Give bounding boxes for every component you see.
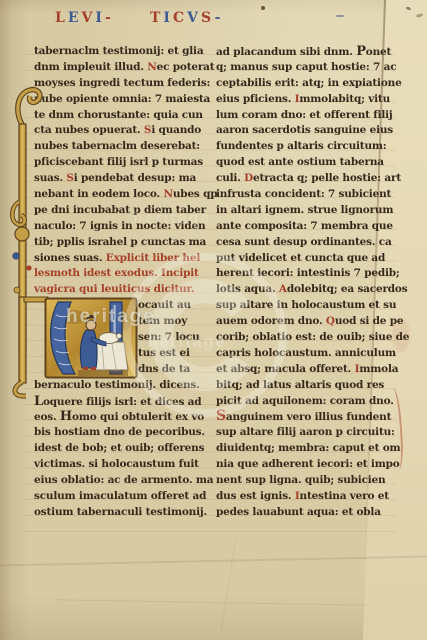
body-text: ocauit au	[138, 299, 191, 311]
text-line: nubes tabernaclm deserebat:	[34, 139, 208, 155]
text-line: pedes lauabunt aqua: et obla	[216, 505, 394, 521]
text-line: Sanguinem vero illius fundent	[216, 409, 394, 425]
body-text: i pendebat desup: ma	[74, 172, 196, 184]
body-text: put videlicet et cuncta que ad	[216, 252, 385, 264]
header-letter: -	[215, 10, 224, 26]
body-text: bitq; ad latus altaris quod res	[216, 379, 384, 391]
body-text: lum coram dno: et offerent filij	[216, 109, 393, 121]
body-text: omo qui obtulerit ex vo	[72, 411, 204, 423]
text-line: diuidentq; membra: caput et om	[216, 441, 394, 457]
body-text: moyses ingredi tectum federis:	[34, 77, 210, 89]
text-line: bernaculo testimonij. dicens.	[34, 378, 208, 394]
text-line: ante composita: 7 membra que	[216, 219, 394, 235]
body-text: ec poterat	[157, 61, 215, 73]
text-line: put videlicet et cuncta que ad	[216, 251, 394, 267]
text-line: infrusta concident: 7 subicient	[216, 187, 394, 203]
body-text: picit ad aquilonem: coram dno.	[216, 395, 394, 407]
text-line: herent iecori: intestinis 7 pedib;	[216, 266, 394, 282]
text-line: capris holocaustum. anniculum	[216, 346, 394, 362]
header-letter: V	[82, 10, 96, 26]
body-text: tem moy	[138, 315, 187, 327]
body-text: eius oblatio: ac de armento. ma	[34, 474, 213, 486]
text-line: vagicra qui leuiticus dicitur.	[34, 282, 208, 298]
body-text: ntestina vero et	[300, 490, 389, 502]
body-text: dns de ta	[138, 363, 190, 375]
body-text: diuidentq; membra: caput et om	[216, 442, 400, 454]
body-text: pe dni incubabat p diem taber	[34, 204, 206, 216]
text-line: picit ad aquilonem: coram dno.	[216, 394, 394, 410]
body-text: cesa sunt desup ordinantes. ca	[216, 236, 392, 248]
text-line: lotis aqua. Adolebitq; ea sacerdos	[216, 282, 394, 298]
pen-dash-mark	[336, 15, 344, 17]
rubricated-text: S	[66, 172, 73, 184]
parchment-crease	[56, 599, 366, 605]
body-text: H	[60, 409, 72, 424]
body-text: nubes tabernaclm deserebat:	[34, 140, 200, 152]
text-line: bitq; ad latus altaris quod res	[216, 378, 394, 394]
body-text: te dnm chorustante: quia cun	[34, 109, 203, 121]
body-text: fundentes p altaris circuitum:	[216, 140, 386, 152]
body-text: ostium tabernaculi testimonij.	[34, 506, 207, 518]
body-text: infrusta concident: 7 subicient	[216, 188, 391, 200]
text-line: nent sup ligna. quib; subicien	[216, 473, 394, 489]
text-line: cesa sunt desup ordinantes. ca	[216, 235, 394, 251]
text-line: fundentes p altaris circuitum:	[216, 139, 394, 155]
body-text: aaron sacerdotis sanguine eius	[216, 124, 393, 136]
rubricated-text: A	[279, 283, 287, 295]
header-letter: I	[95, 10, 105, 26]
body-text: onet	[366, 46, 391, 58]
body-text: dnm impleuit illud.	[34, 61, 147, 73]
body-text: naculo: 7 ignis in nocte: viden	[34, 220, 205, 232]
text-line: bis hostiam dno de pecoribus.	[34, 425, 208, 441]
text-line: te dnm chorustante: quia cun	[34, 108, 208, 124]
body-text: herent iecori: intestinis 7 pedib;	[216, 267, 400, 279]
text-line: quod est ante ostium taberna	[216, 155, 394, 171]
text-line: suas. Si pendebat desup: ma	[34, 171, 208, 187]
body-text: auem odorem dno.	[216, 315, 326, 327]
running-header-levi: LEVI-	[55, 10, 114, 26]
text-line: dus est ignis. Intestina vero et	[216, 489, 394, 505]
body-text: etracta q; pelle hostie: art	[253, 172, 401, 184]
header-letter: L	[55, 10, 68, 26]
body-text: anguinem vero illius fundent	[226, 411, 391, 423]
parchment-crease	[0, 556, 427, 567]
body-text: ceptabilis erit: atq; in expiatione	[216, 77, 402, 89]
body-text: mmolabitq; vitu	[299, 93, 390, 105]
body-text: eius pficiens.	[216, 93, 295, 105]
text-line: culi. Detracta q; pelle hostie: art	[216, 171, 394, 187]
text-line: Loquere filijs isrl: et dices ad	[34, 394, 208, 410]
body-text: bis hostiam dno de pecoribus.	[34, 426, 205, 438]
text-line: ostium tabernaculi testimonij.	[34, 505, 208, 521]
rubricated-text: N	[163, 188, 172, 200]
body-text: cta nubes opuerat.	[34, 124, 144, 136]
body-text: ante composita: 7 membra que	[216, 220, 393, 232]
body-text: ad placandum sibi dnm.	[216, 46, 356, 58]
text-line: corib; oblatio est: de ouib; siue de	[216, 330, 394, 346]
text-line: moyses ingredi tectum federis:	[34, 76, 208, 92]
header-letter: V	[187, 10, 201, 26]
text-line: cta nubes opuerat. Si quando	[34, 123, 208, 139]
historiated-initial-V	[44, 297, 138, 379]
body-text: q; manus sup caput hostie: 7 ac	[216, 61, 396, 73]
text-line: sup altare in holocaustum et su	[216, 298, 394, 314]
text-line: nube opiente omnia: 7 maiesta	[34, 92, 208, 108]
body-text: in altari ignem. strue lignorum	[216, 204, 393, 216]
body-text: sculum imaculatum offeret ad	[34, 490, 206, 502]
rubricated-text: S	[216, 408, 226, 424]
body-text: ubes qp	[173, 188, 218, 200]
text-column-right: ad placandum sibi dnm. Ponetq; manus sup…	[216, 44, 394, 521]
ink-speck	[261, 6, 265, 10]
body-text: nube opiente omnia: 7 maiesta	[34, 93, 210, 105]
body-text: nia que adherent iecori: et impo	[216, 458, 400, 470]
body-text: dolebitq; ea sacerdos	[287, 283, 408, 295]
body-text: tabernaclm testimonij: et glia	[34, 45, 203, 57]
body-text: lotis aqua.	[216, 283, 279, 295]
manuscript-photo: { "artifact": { "description_label": "Il…	[0, 0, 427, 640]
header-letter: I	[163, 10, 173, 26]
initial-V-drawing	[44, 297, 138, 379]
body-text: nebant in eodem loco.	[34, 188, 163, 200]
text-line: et absq; macula offeret. Immola	[216, 362, 394, 378]
text-line: eius oblatio: ac de armento. ma	[34, 473, 208, 489]
text-line: lum coram dno: et offerent filij	[216, 108, 394, 124]
text-line: pe dni incubabat p diem taber	[34, 203, 208, 219]
text-line: aaron sacerdotis sanguine eius	[216, 123, 394, 139]
header-letter: C	[173, 10, 187, 26]
text-line: nia que adherent iecori: et impo	[216, 457, 394, 473]
body-text: et absq; macula offeret.	[216, 363, 355, 375]
body-text: tus est ei	[138, 347, 190, 359]
rubricated-text: Q	[326, 315, 335, 327]
text-line: eius pficiens. Immolabitq; vitu	[216, 92, 394, 108]
rubricated-text: vagicra qui leuiticus dicitur.	[34, 283, 194, 295]
text-line: naculo: 7 ignis in nocte: viden	[34, 219, 208, 235]
body-text: oquere filijs isrl: et dices ad	[43, 396, 201, 408]
text-line: pficiscebant filij isrl p turmas	[34, 155, 208, 171]
body-text: sup altare in holocaustum et su	[216, 299, 396, 311]
parchment-crease	[221, 538, 236, 629]
body-text: pedes lauabunt aqua: et obla	[216, 506, 381, 518]
rubricated-text: lesmoth idest exodus. Incipit	[34, 267, 199, 279]
body-text: victimas. si holocaustum fuit	[34, 458, 199, 470]
text-line: eos. Homo qui obtulerit ex vo	[34, 409, 208, 425]
body-text: tib; pplis israhel p cunctas ma	[34, 236, 206, 248]
body-text: i quando	[151, 124, 201, 136]
text-line: ceptabilis erit: atq; in expiatione	[216, 76, 394, 92]
body-text: uod si de pe	[335, 315, 404, 327]
text-line: idest de bob; et ouib; offerens	[34, 441, 208, 457]
text-line: sup altare filij aaron p circuitu:	[216, 425, 394, 441]
body-text: sup altare filij aaron p circuitu:	[216, 426, 395, 438]
text-line: sculum imaculatum offeret ad	[34, 489, 208, 505]
body-text: P	[356, 44, 366, 59]
text-line: dnm impleuit illud. Nec poterat	[34, 60, 208, 76]
body-text: pficiscebant filij isrl p turmas	[34, 156, 203, 168]
body-text: idest de bob; et ouib; offerens	[34, 442, 204, 454]
body-text: culi.	[216, 172, 244, 184]
header-letter: -	[105, 10, 114, 26]
text-line: ad placandum sibi dnm. Ponet	[216, 44, 394, 60]
header-letter: S	[201, 10, 215, 26]
text-line: tib; pplis israhel p cunctas ma	[34, 235, 208, 251]
body-text: nent sup ligna. quib; subicien	[216, 474, 385, 486]
text-line: q; manus sup caput hostie: 7 ac	[216, 60, 394, 76]
rubricated-text: D	[244, 172, 253, 184]
body-text: eos.	[34, 411, 60, 423]
rubricated-text: N	[147, 61, 156, 73]
text-line: in altari ignem. strue lignorum	[216, 203, 394, 219]
text-line: nebant in eodem loco. Nubes qp	[34, 187, 208, 203]
running-header-ticus: TICVS-	[150, 10, 223, 26]
text-line: auem odorem dno. Quod si de pe	[216, 314, 394, 330]
body-text: dus est ignis.	[216, 490, 295, 502]
text-column-left: tabernaclm testimonij: et gliadnm impleu…	[34, 44, 208, 521]
body-text: capris holocaustum. anniculum	[216, 347, 396, 359]
header-letter: E	[68, 10, 82, 26]
text-line: siones suas. Explicit liber hel	[34, 251, 208, 267]
text-line: lesmoth idest exodus. Incipit	[34, 266, 208, 282]
text-line: victimas. si holocaustum fuit	[34, 457, 208, 473]
header-letter: T	[150, 10, 163, 26]
text-line: tabernaclm testimonij: et glia	[34, 44, 208, 60]
body-text: mmola	[359, 363, 398, 375]
rubricated-text: Explicit liber hel	[106, 252, 200, 264]
body-text: bernaculo testimonij. dicens.	[34, 379, 200, 391]
body-text: corib; oblatio est: de ouib; siue de	[216, 331, 409, 343]
body-text: sen: 7 locu	[138, 331, 200, 343]
body-text: quod est ante ostium taberna	[216, 156, 384, 168]
